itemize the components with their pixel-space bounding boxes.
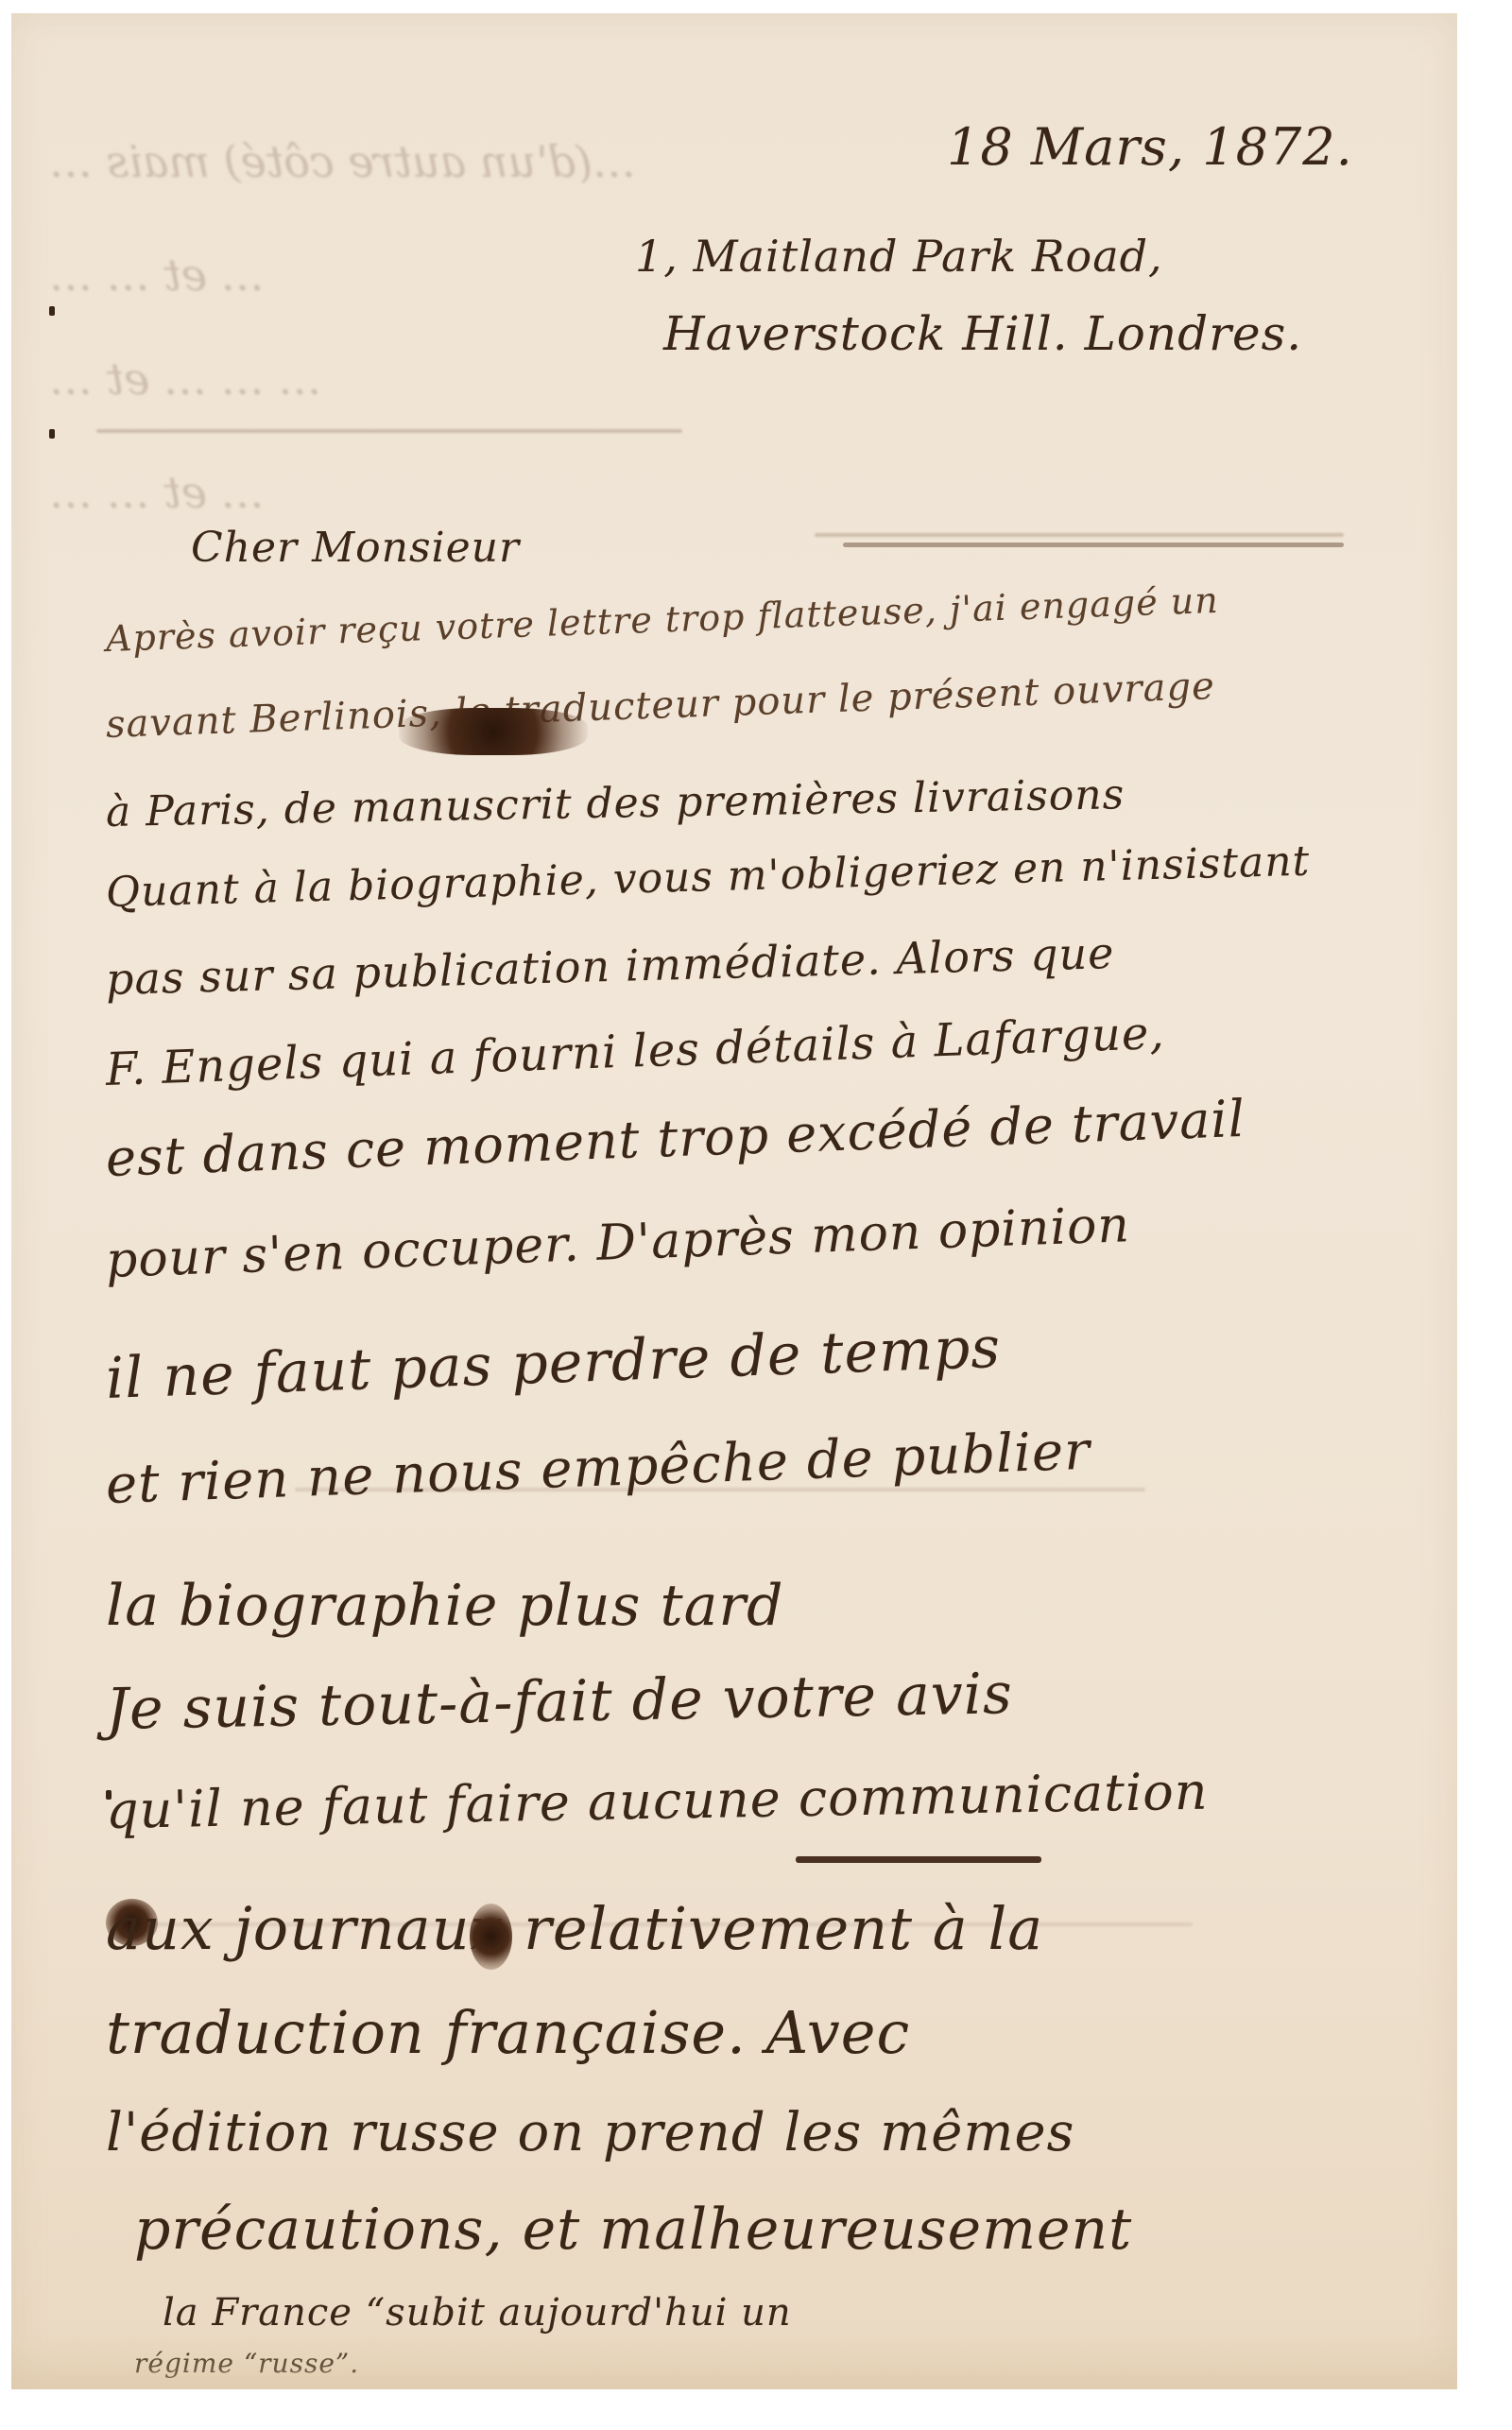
salutation: Cher Monsieur [191,524,520,572]
body-line: régime “russe”. [134,2348,359,2379]
body-line: aux journaux relativement à la [106,1894,1043,1963]
address-line-2: Haverstock Hill. Londres. [663,306,1302,361]
ink-blot [399,708,588,755]
body-line: à Paris, de manuscrit des premières livr… [106,770,1125,836]
underline-aucune [796,1856,1041,1863]
body-line: Après avoir reçu votre lettre trop flatt… [105,579,1219,660]
body-line: il ne faut pas perdre de temps [105,1315,1002,1412]
bleed-through-stroke [815,533,1344,537]
bleed-through-line: … … … et … [49,353,321,405]
bleed-through-line: … et … … [49,250,265,301]
body-line: pour s'en occuper. D'après mon opinion [105,1197,1131,1289]
address-line-1: 1, Maitland Park Road, [635,231,1163,282]
body-line: Quant à la biographie, vous m'obligeriez… [105,837,1311,917]
letter-paper: …(d'un autre côté) mais … … et … … … … …… [11,13,1457,2389]
body-line: la biographie plus tard [106,1573,784,1639]
body-line: F. Engels qui a fourni les détails à Laf… [105,1007,1165,1096]
salutation-stroke [843,543,1344,547]
body-line: précautions, et malheureusement [134,2197,1132,2263]
bleed-through-stroke [96,429,682,433]
body-line: l'édition russe on prend les mêmes [106,2102,1074,2163]
bleed-through-line: …(d'un autre côté) mais … [49,136,636,187]
ink-mark [49,306,55,316]
bleed-through-line: … et … … [49,467,265,518]
body-line: pas sur sa publication immédiate. Alors … [105,927,1115,1005]
body-line: savant Berlinois, le traducteur pour le … [105,664,1215,747]
body-line: et rien ne nous empêche de publier [105,1421,1091,1516]
body-line: traduction française. Avec [106,1998,910,2067]
ink-blot [470,1904,512,1970]
body-line: la France “subit aujourd'hui un [163,2291,792,2335]
letter-date: 18 Mars, 1872. [947,117,1353,177]
body-line: est dans ce moment trop excédé de travai… [105,1089,1246,1188]
body-line: qu'il ne faut faire aucune communication [105,1762,1209,1840]
body-line: Je suis tout-à-fait de votre avis [105,1661,1013,1743]
ink-mark [49,429,55,439]
